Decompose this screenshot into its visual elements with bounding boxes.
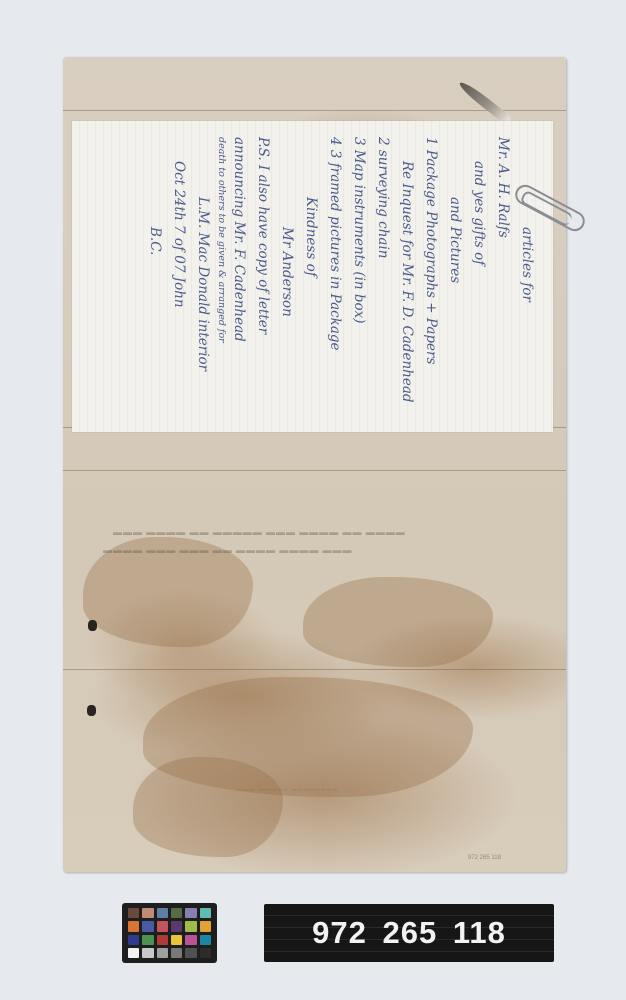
note-line: and yes gifts of: [467, 137, 491, 420]
color-swatch: [128, 948, 139, 958]
punch-hole: [87, 705, 96, 716]
punch-hole: [88, 620, 97, 631]
fold-line: [63, 470, 566, 471]
accession-number-label: 972 265 118: [264, 904, 554, 962]
color-swatch: [185, 948, 196, 958]
faded-print: ▬▬▬▬ ▬▬▬ ▬▬▬ ▬▬ ▬▬▬▬ ▬▬▬▬ ▬▬▬: [103, 545, 353, 555]
note-line: L.M. Mac Donald interior: [191, 137, 215, 420]
color-swatch: [142, 908, 153, 918]
note-line: Mr. A. H. Ralfs: [491, 137, 515, 420]
note-line: 3 Map instruments (in box): [347, 137, 371, 420]
note-line: and Pictures: [443, 137, 467, 420]
fold-line: [63, 669, 566, 670]
accession-number: 972 265 118: [312, 915, 506, 951]
color-swatch: [157, 948, 168, 958]
note-line: B.C.: [143, 137, 167, 420]
note-line: Kindness of: [299, 137, 323, 420]
note-line: Oct 24th 7 of 07 John: [167, 137, 191, 420]
note-body: articles forMr. A. H. Ralfsand yes gifts…: [72, 121, 553, 432]
note-line: Re Inquest for Mr. F. D. Cadenhead: [395, 137, 419, 420]
note-line: Mr Anderson: [275, 137, 299, 420]
color-swatch: [171, 935, 182, 945]
note-line: 1 Package Photographs + Papers: [419, 137, 443, 420]
color-swatch: [128, 935, 139, 945]
color-swatch: [157, 921, 168, 931]
handwritten-note: articles forMr. A. H. Ralfsand yes gifts…: [72, 121, 553, 432]
color-swatch: [157, 935, 168, 945]
color-swatch: [157, 908, 168, 918]
color-swatch: [200, 935, 211, 945]
color-swatch: [171, 948, 182, 958]
note-line: 4 3 framed pictures in Package: [323, 137, 347, 420]
color-swatch: [171, 908, 182, 918]
note-line: P.S. I also have copy of letter: [251, 137, 275, 420]
color-swatch: [200, 908, 211, 918]
color-swatch: [128, 908, 139, 918]
color-swatch: [200, 948, 211, 958]
note-line: 2 surveying chain: [371, 137, 395, 420]
water-stain: [133, 757, 283, 857]
color-swatch: [185, 935, 196, 945]
color-swatch: [142, 935, 153, 945]
archive-stamp: 972 265 118: [468, 855, 501, 861]
color-checker-chart: [122, 903, 217, 963]
note-line: articles for: [515, 137, 539, 420]
color-swatch: [128, 921, 139, 931]
faded-print: ▬▬▬ ▬▬▬▬ ▬▬ ▬▬▬▬▬ ▬▬▬ ▬▬▬▬ ▬▬ ▬▬▬▬: [113, 527, 406, 537]
color-swatch: [200, 921, 211, 931]
faded-handwriting: ~~~ ~~~~~ ~~~~~~~~: [238, 785, 338, 795]
color-swatch: [142, 921, 153, 931]
note-line: death to others to be given & arranged f…: [215, 137, 227, 420]
note-line: announcing Mr. F. Cadenhead: [227, 137, 251, 420]
color-swatch: [185, 921, 196, 931]
water-stain: [303, 577, 493, 667]
color-swatch: [142, 948, 153, 958]
color-swatch: [185, 908, 196, 918]
color-swatch: [171, 921, 182, 931]
